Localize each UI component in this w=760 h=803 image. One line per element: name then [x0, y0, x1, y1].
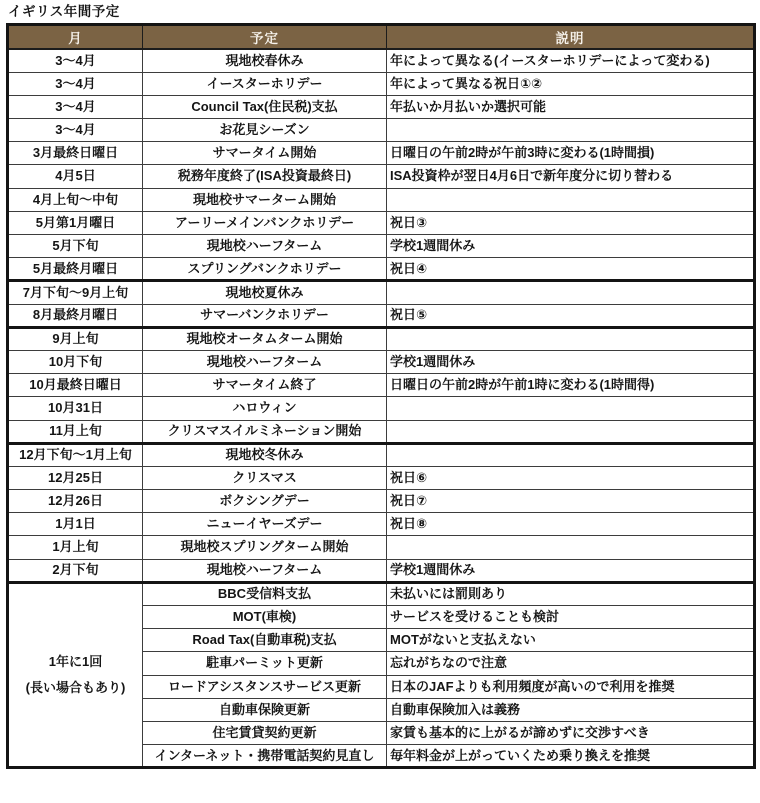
table-row: 9月上旬現地校オータムターム開始 — [8, 327, 755, 350]
description-cell: 日曜日の午前2時が午前3時に変わる(1時間損) — [387, 142, 755, 165]
event-cell: 現地校ハーフターム — [143, 559, 387, 582]
table-row: 4月上旬〜中旬現地校サマーターム開始 — [8, 188, 755, 211]
month-cell: 3〜4月 — [8, 119, 143, 142]
description-cell — [387, 327, 755, 350]
event-cell: 現地校スプリングターム開始 — [143, 536, 387, 559]
event-cell: BBC受信料支払 — [143, 582, 387, 605]
header-month: 月 — [8, 25, 143, 50]
month-cell: 2月下旬 — [8, 559, 143, 582]
month-cell: 11月上旬 — [8, 420, 143, 443]
event-cell: ロードアシスタンスサービス更新 — [143, 675, 387, 698]
table-row: 5月最終月曜日スプリングバンクホリデー祝日④ — [8, 258, 755, 281]
header-event: 予定 — [143, 25, 387, 50]
month-cell: 3〜4月 — [8, 49, 143, 72]
month-cell: 3〜4月 — [8, 95, 143, 118]
month-cell: 3月最終日曜日 — [8, 142, 143, 165]
month-cell: 5月第1月曜日 — [8, 211, 143, 234]
table-row: 12月26日ボクシングデー祝日⑦ — [8, 490, 755, 513]
month-cell: 7月下旬〜9月上旬 — [8, 281, 143, 304]
month-cell: 4月5日 — [8, 165, 143, 188]
description-cell: 毎年料金が上がっていくため乗り換えを推奨 — [387, 745, 755, 768]
header-row: 月 予定 説明 — [8, 25, 755, 50]
event-cell: Road Tax(自動車税)支払 — [143, 629, 387, 652]
table-row: 12月下旬〜1月上旬現地校冬休み — [8, 443, 755, 466]
schedule-table-body: 3〜4月現地校春休み年によって異なる(イースターホリデーによって変わる)3〜4月… — [8, 49, 755, 768]
event-cell: 現地校夏休み — [143, 281, 387, 304]
table-row: 5月下旬現地校ハーフターム学校1週間休み — [8, 235, 755, 258]
table-row: 3〜4月イースターホリデー年によって異なる祝日①② — [8, 72, 755, 95]
annual-month-label-line: 1年に1回 — [11, 649, 140, 675]
description-cell: 学校1週間休み — [387, 235, 755, 258]
event-cell: サマーバンクホリデー — [143, 304, 387, 327]
event-cell: 現地校オータムターム開始 — [143, 327, 387, 350]
event-cell: サマータイム開始 — [143, 142, 387, 165]
month-cell: 12月25日 — [8, 466, 143, 489]
description-cell: MOTがないと支払えない — [387, 629, 755, 652]
description-cell: 祝日④ — [387, 258, 755, 281]
annual-month-cell: 1年に1回(長い場合もあり) — [8, 582, 143, 768]
event-cell: 住宅賃貸契約更新 — [143, 721, 387, 744]
page: イギリス年間予定 月 予定 説明 3〜4月現地校春休み年によって異なる(イースタ… — [0, 0, 760, 803]
description-cell — [387, 119, 755, 142]
event-cell: アーリーメインバンクホリデー — [143, 211, 387, 234]
event-cell: 現地校ハーフターム — [143, 235, 387, 258]
event-cell: Council Tax(住民税)支払 — [143, 95, 387, 118]
month-cell: 10月最終日曜日 — [8, 374, 143, 397]
table-row: 4月5日税務年度終了(ISA投資最終日)ISA投資枠が翌日4月6日で新年度分に切… — [8, 165, 755, 188]
event-cell: サマータイム終了 — [143, 374, 387, 397]
event-cell: スプリングバンクホリデー — [143, 258, 387, 281]
event-cell: イースターホリデー — [143, 72, 387, 95]
table-row: 1月上旬現地校スプリングターム開始 — [8, 536, 755, 559]
table-row: 3〜4月現地校春休み年によって異なる(イースターホリデーによって変わる) — [8, 49, 755, 72]
table-row: 1月1日ニューイヤーズデー祝日⑧ — [8, 513, 755, 536]
table-row: 11月上旬クリスマスイルミネーション開始 — [8, 420, 755, 443]
description-cell — [387, 397, 755, 420]
event-cell: クリスマス — [143, 466, 387, 489]
event-cell: MOT(車検) — [143, 606, 387, 629]
table-row: 5月第1月曜日アーリーメインバンクホリデー祝日③ — [8, 211, 755, 234]
table-row: 12月25日クリスマス祝日⑥ — [8, 466, 755, 489]
event-cell: ハロウィン — [143, 397, 387, 420]
header-description: 説明 — [387, 25, 755, 50]
event-cell: 駐車パーミット更新 — [143, 652, 387, 675]
month-cell: 8月最終月曜日 — [8, 304, 143, 327]
description-cell: 祝日⑥ — [387, 466, 755, 489]
description-cell — [387, 420, 755, 443]
description-cell: 学校1週間休み — [387, 559, 755, 582]
month-cell: 9月上旬 — [8, 327, 143, 350]
schedule-table-header: 月 予定 説明 — [8, 25, 755, 50]
annual-month-label-line: (長い場合もあり) — [11, 675, 140, 701]
event-cell: インターネット・携帯電話契約見直し — [143, 745, 387, 768]
month-cell: 1月1日 — [8, 513, 143, 536]
event-cell: 現地校春休み — [143, 49, 387, 72]
description-cell: 祝日⑦ — [387, 490, 755, 513]
event-cell: ニューイヤーズデー — [143, 513, 387, 536]
month-cell: 5月下旬 — [8, 235, 143, 258]
description-cell: 日本のJAFよりも利用頻度が高いので利用を推奨 — [387, 675, 755, 698]
month-cell: 4月上旬〜中旬 — [8, 188, 143, 211]
table-row: 10月31日ハロウィン — [8, 397, 755, 420]
table-row: 1年に1回(長い場合もあり)BBC受信料支払未払いには罰則あり — [8, 582, 755, 605]
table-row: 3月最終日曜日サマータイム開始日曜日の午前2時が午前3時に変わる(1時間損) — [8, 142, 755, 165]
event-cell: 税務年度終了(ISA投資最終日) — [143, 165, 387, 188]
description-cell: 日曜日の午前2時が午前1時に変わる(1時間得) — [387, 374, 755, 397]
description-cell: 忘れがちなので注意 — [387, 652, 755, 675]
description-cell: 家賃も基本的に上がるが諦めずに交渉すべき — [387, 721, 755, 744]
event-cell: 現地校冬休み — [143, 443, 387, 466]
description-cell — [387, 536, 755, 559]
description-cell: 年によって異なる(イースターホリデーによって変わる) — [387, 49, 755, 72]
event-cell: クリスマスイルミネーション開始 — [143, 420, 387, 443]
description-cell: 祝日③ — [387, 211, 755, 234]
month-cell: 12月下旬〜1月上旬 — [8, 443, 143, 466]
description-cell: ISA投資枠が翌日4月6日で新年度分に切り替わる — [387, 165, 755, 188]
month-cell: 12月26日 — [8, 490, 143, 513]
table-row: 8月最終月曜日サマーバンクホリデー祝日⑤ — [8, 304, 755, 327]
month-cell: 10月31日 — [8, 397, 143, 420]
month-cell: 1月上旬 — [8, 536, 143, 559]
page-title: イギリス年間予定 — [0, 0, 760, 23]
schedule-table: 月 予定 説明 3〜4月現地校春休み年によって異なる(イースターホリデーによって… — [6, 23, 756, 769]
event-cell: 現地校サマーターム開始 — [143, 188, 387, 211]
table-row: 2月下旬現地校ハーフターム学校1週間休み — [8, 559, 755, 582]
description-cell — [387, 281, 755, 304]
event-cell: 自動車保険更新 — [143, 698, 387, 721]
table-row: 10月最終日曜日サマータイム終了日曜日の午前2時が午前1時に変わる(1時間得) — [8, 374, 755, 397]
month-cell: 10月下旬 — [8, 350, 143, 373]
description-cell — [387, 443, 755, 466]
event-cell: ボクシングデー — [143, 490, 387, 513]
description-cell: 祝日⑧ — [387, 513, 755, 536]
description-cell: サービスを受けることも検討 — [387, 606, 755, 629]
description-cell: 年によって異なる祝日①② — [387, 72, 755, 95]
description-cell: 未払いには罰則あり — [387, 582, 755, 605]
description-cell: 自動車保険加入は義務 — [387, 698, 755, 721]
month-cell: 5月最終月曜日 — [8, 258, 143, 281]
description-cell: 学校1週間休み — [387, 350, 755, 373]
description-cell: 年払いか月払いか選択可能 — [387, 95, 755, 118]
table-row: 3〜4月Council Tax(住民税)支払年払いか月払いか選択可能 — [8, 95, 755, 118]
month-cell: 3〜4月 — [8, 72, 143, 95]
event-cell: お花見シーズン — [143, 119, 387, 142]
table-row: 3〜4月お花見シーズン — [8, 119, 755, 142]
table-row: 7月下旬〜9月上旬現地校夏休み — [8, 281, 755, 304]
description-cell — [387, 188, 755, 211]
table-row: 10月下旬現地校ハーフターム学校1週間休み — [8, 350, 755, 373]
event-cell: 現地校ハーフターム — [143, 350, 387, 373]
description-cell: 祝日⑤ — [387, 304, 755, 327]
